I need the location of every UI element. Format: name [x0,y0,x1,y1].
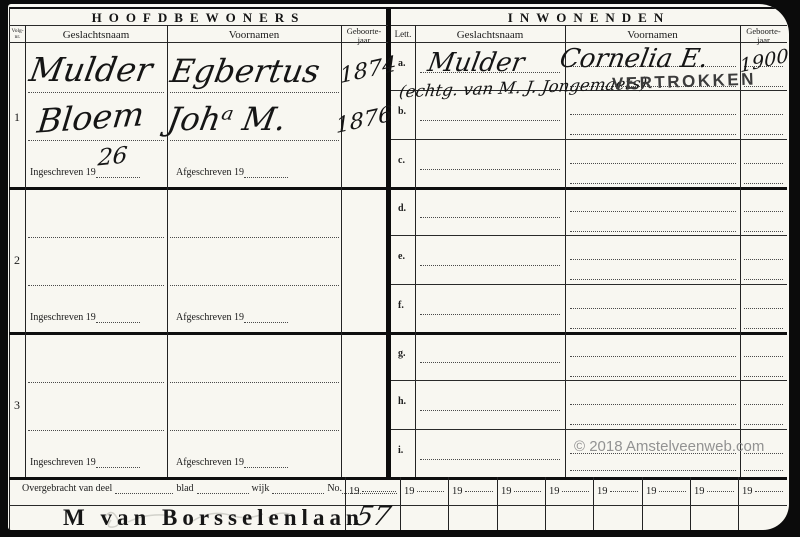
bottom-vline [690,477,691,530]
ingeschreven-field: Ingeschreven 19 [30,457,140,468]
dotted-leader [707,490,735,492]
afgeschreven-label: Afgeschreven 19 [176,457,244,468]
afgeschreven-label: Afgeschreven 19 [176,167,244,178]
dotted-leader [362,490,397,492]
year-prefix: 19 [452,486,463,497]
row-letter: g. [398,348,406,359]
name-ruling [744,404,783,405]
row-letter: e. [398,251,405,262]
bottom-vline [400,477,401,530]
row-line [391,235,787,236]
year-cell: 19 [448,479,497,503]
name-ruling [570,470,736,471]
volgnr-line2: nr. [10,34,25,40]
scanned-register-page: { "page": { "left": { "title": "HOOFDBEW… [0,0,800,537]
name-ruling [570,114,736,115]
row-letter: b. [398,106,406,117]
dotted-leader [244,167,288,178]
row-letter: h. [398,396,406,407]
dotted-leader [514,490,542,492]
transfer-label-deel: Overgebracht van deel [22,483,112,494]
right-col-voornamen: Voornamen [565,29,740,41]
page-left-border [9,7,10,530]
name-ruling [744,134,783,135]
year-cell: 19 [497,479,545,503]
year-prefix: 19 [646,486,657,497]
name-ruling [744,279,783,280]
year-cell: 19 [642,479,690,503]
name-ruling [744,470,783,471]
left-vline-year [341,25,342,477]
name-ruling [570,211,736,212]
name-ruling [28,140,164,141]
handwritten-firstname: Johᵃ M. [165,100,290,138]
right-vline-year [740,25,741,477]
row-letter: d. [398,203,406,214]
street-name-stamp: M van Borsselenlaan [63,505,364,530]
year-cell: 19 [690,479,738,503]
left-vline-volgnr [25,25,26,477]
left-header-underline [9,42,388,43]
name-ruling [744,308,783,309]
dotted-leader [96,312,140,323]
name-ruling [420,169,560,170]
bottom-vline [448,477,449,530]
dotted-leader [755,490,784,492]
name-ruling [570,404,736,405]
bottom-vline [593,477,594,530]
block-number: 2 [10,253,24,268]
name-ruling [744,163,783,164]
name-ruling [28,430,164,431]
bottom-vline [642,477,643,530]
handwritten-house-number: 57 [353,501,394,530]
year-prefix: 19 [597,486,608,497]
handwritten-surname: Mulder [27,50,156,89]
afgeschreven-field: Afgeschreven 19 [176,167,288,178]
name-ruling [170,382,339,383]
name-ruling [744,376,783,377]
name-ruling [420,459,560,460]
name-ruling [744,356,783,357]
left-col-geslachtsnaam: Geslachtsnaam [25,29,167,41]
dotted-leader [244,312,288,323]
name-ruling [744,328,783,329]
afgeschreven-label: Afgeschreven 19 [176,312,244,323]
dotted-leader [197,484,249,494]
row-letter: c. [398,155,405,166]
dotted-leader [659,490,687,492]
name-ruling [170,140,339,141]
name-ruling [744,183,783,184]
bottom-vline [497,477,498,530]
name-ruling [570,163,736,164]
geboortejaar-line2: jaar [341,36,387,45]
bottom-vline [545,477,546,530]
dotted-leader [610,490,639,492]
name-ruling [570,308,736,309]
name-ruling [170,237,339,238]
name-ruling [570,328,736,329]
name-ruling [570,259,736,260]
handwritten-surname: Mulder [425,48,526,78]
name-ruling [420,120,560,121]
page-top-border [9,7,787,9]
ingeschreven-label: Ingeschreven 19 [30,167,96,178]
name-ruling [420,265,560,266]
ingeschreven-field: Ingeschreven 19 [30,312,140,323]
transfer-label-no: No. [327,483,342,494]
left-col-voornamen: Voornamen [167,29,341,41]
handwritten-birthyear: 1876 [335,102,393,139]
handwritten-firstname: Cornelia E. [557,44,710,74]
row-letter: a. [398,58,406,69]
name-ruling [570,231,736,232]
block-separator-2 [9,332,787,335]
right-section-title: INWONENDEN [391,10,787,26]
year-cell: 19 [593,479,642,503]
name-ruling [744,424,783,425]
year-prefix: 19 [742,486,753,497]
name-ruling [28,237,164,238]
row-letter: i. [398,445,403,456]
name-ruling [744,259,783,260]
name-ruling [420,362,560,363]
left-section-title: HOOFDBEWONERS [9,10,388,26]
right-col-geslachtsnaam: Geslachtsnaam [415,29,565,41]
right-title-underline [391,25,787,26]
year-prefix: 19 [349,486,360,497]
right-col-lett: Lett. [391,29,415,39]
right-header-underline [391,42,787,43]
left-col-volgnr: Volg- nr. [10,28,25,40]
name-ruling [28,285,164,286]
row-line [391,139,787,140]
name-ruling [570,424,736,425]
block-separator-1 [9,187,787,190]
name-ruling [744,114,783,115]
dotted-leader [417,490,445,492]
bottom-vline [738,477,739,530]
name-ruling [28,382,164,383]
name-ruling [570,183,736,184]
dotted-leader [96,457,140,468]
copyright-watermark: © 2018 Amstelveenweb.com [574,438,764,455]
name-ruling [170,285,339,286]
year-prefix: 19 [501,486,512,497]
name-ruling [570,356,736,357]
dotted-leader [272,484,324,494]
transfer-label-wijk: wijk [252,483,270,494]
name-ruling [570,134,736,135]
handwritten-firstname: Egbertus [168,52,323,90]
row-letter: f. [398,300,404,311]
row-line [391,429,787,430]
row-line [391,380,787,381]
name-ruling [170,430,339,431]
year-prefix: 19 [694,486,705,497]
year-cell: 19 [545,479,593,503]
dotted-leader [115,484,173,494]
block-number: 1 [10,110,24,125]
name-ruling [744,231,783,232]
name-ruling [570,279,736,280]
transfer-line: Overgebracht van deel blad wijk No. [22,483,400,494]
afgeschreven-field: Afgeschreven 19 [176,457,288,468]
name-ruling [170,92,339,93]
left-vline-names [167,25,168,477]
left-title-underline [9,25,388,26]
name-ruling [570,376,736,377]
afgeschreven-field: Afgeschreven 19 [176,312,288,323]
year-prefix: 19 [404,486,415,497]
year-cell: 19 [400,479,448,503]
name-ruling [744,211,783,212]
name-ruling [28,92,164,93]
year-cell: 19 [345,479,400,503]
dotted-leader [244,457,288,468]
handwritten-surname: Bloem [35,94,146,140]
register-page: HOOFDBEWONERS Volg- nr. Geslachtsnaam Vo… [8,4,789,530]
dotted-leader [562,490,590,492]
geboortejaar-line2: jaar [740,36,787,45]
ingeschreven-label: Ingeschreven 19 [30,457,96,468]
handwritten-year-suffix: 26 [97,143,129,172]
ingeschreven-label: Ingeschreven 19 [30,312,96,323]
dotted-leader [465,490,494,492]
name-ruling [420,314,560,315]
name-ruling [420,410,560,411]
row-line [391,284,787,285]
name-ruling [420,217,560,218]
year-cell: 19 [738,479,787,503]
transfer-label-blad: blad [176,483,193,494]
year-prefix: 19 [549,486,560,497]
block-number: 3 [10,398,24,413]
